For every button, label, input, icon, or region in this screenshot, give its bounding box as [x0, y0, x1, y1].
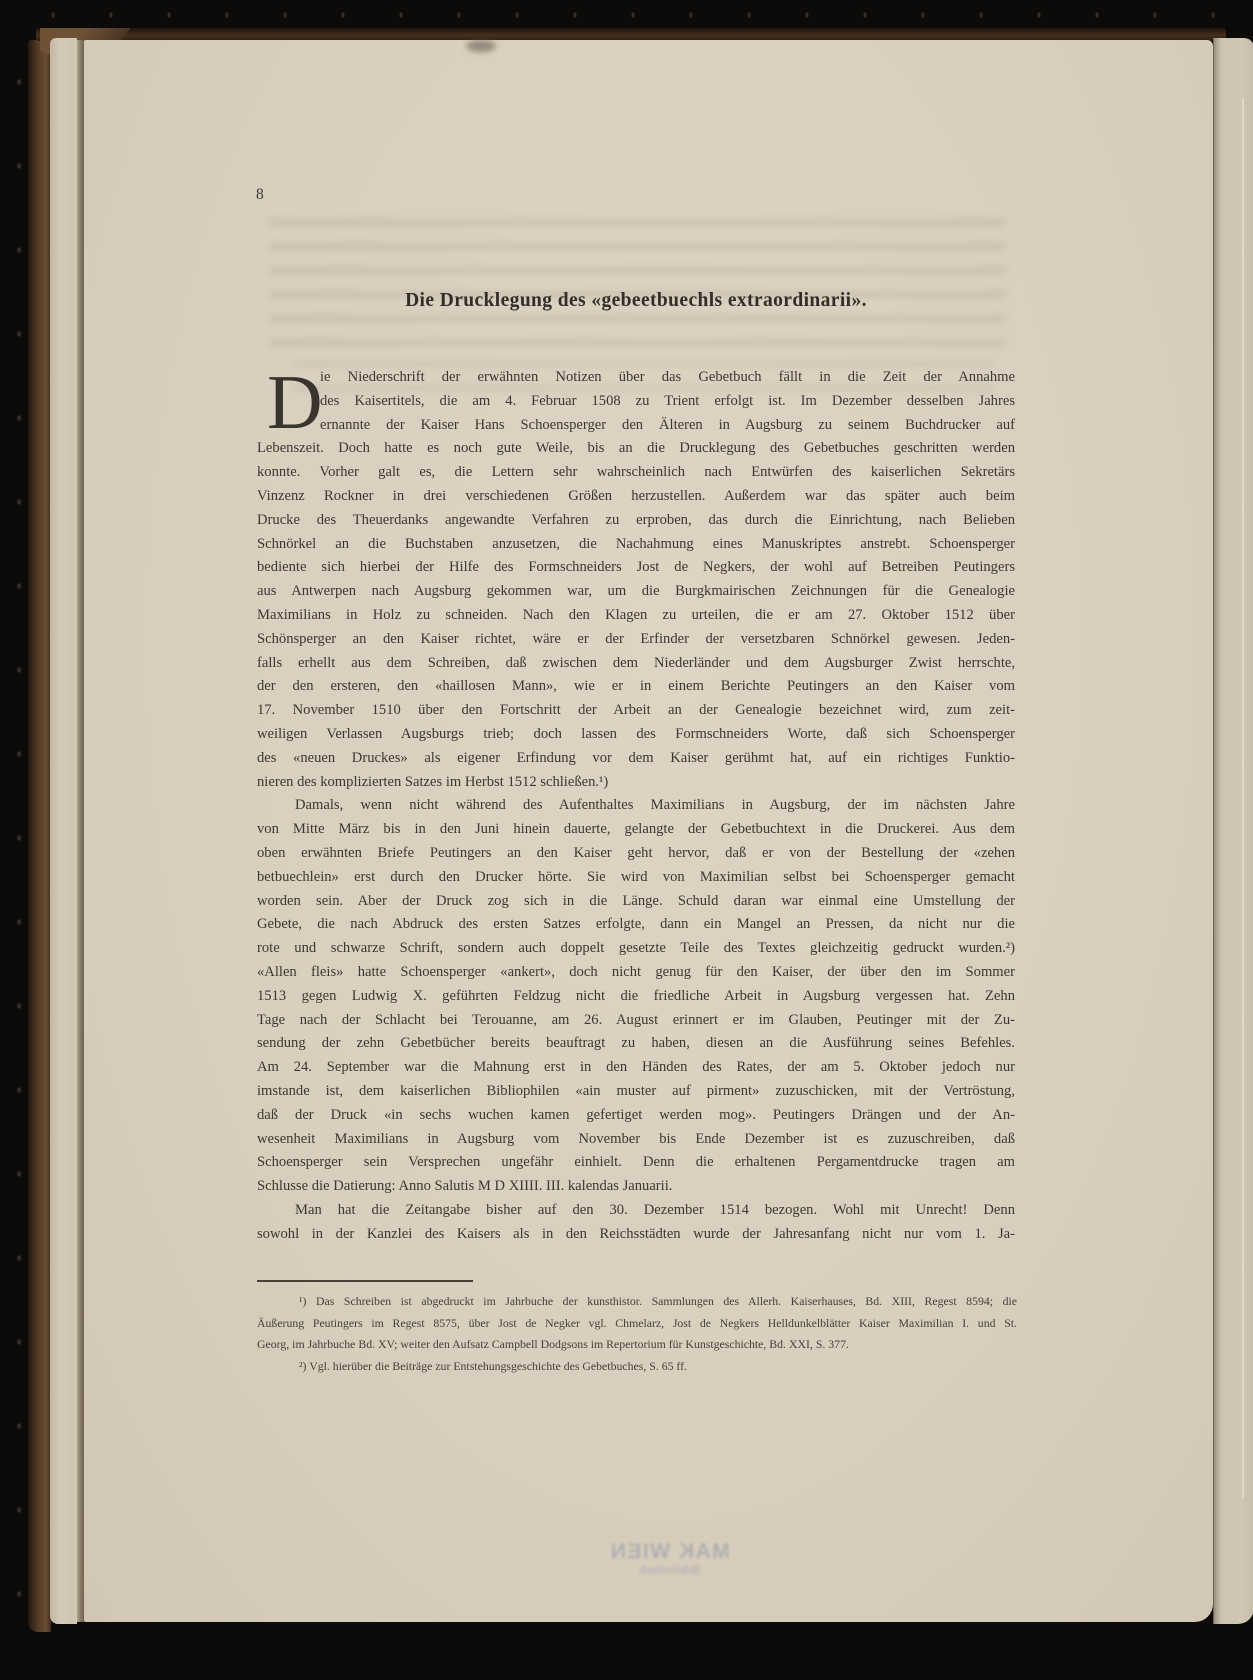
paragraph: Damals, wenn nicht während des Aufenthal…	[257, 794, 1015, 1199]
text-line: ernannte der Kaiser Hans Schoensperger d…	[257, 414, 1015, 438]
book-page: 8 Die Drucklegung des «gebeetbuechls ext…	[84, 40, 1213, 1622]
footnote: ²) Vgl. hierüber die Beiträge zur Entste…	[257, 1356, 1017, 1378]
text-line: daß der Druck «in sechs wuchen kamen gef…	[257, 1104, 1015, 1128]
perforation-dots-top	[0, 5, 1253, 25]
text-line: weiligen Verlassen Augsburgs trieb; doch…	[257, 723, 1015, 747]
chapter-heading: Die Drucklegung des «gebeetbuechls extra…	[257, 290, 1015, 312]
footnotes: ¹) Das Schreiben ist abgedruckt im Jahrb…	[257, 1291, 1017, 1377]
text-line: aus Antwerpen nach Augsburg gekommen war…	[257, 580, 1015, 604]
stamp-line-2: Bibliothek	[552, 1565, 787, 1577]
text-line: sowohl in der Kanzlei des Kaisers als in…	[257, 1223, 1015, 1247]
perforation-dots-left	[10, 40, 28, 1630]
text-line: wesenheit Maximilians in Augsburg vom No…	[257, 1128, 1015, 1152]
text-line: imstande ist, dem kaiserlichen Bibliophi…	[257, 1080, 1015, 1104]
text-line: Damals, wenn nicht während des Aufenthal…	[257, 794, 1015, 818]
text-line: Schoensperger sein Versprechen ungefähr …	[257, 1151, 1015, 1175]
text-line: Georg, im Jahrbuche Bd. XV; weiter den A…	[257, 1334, 1017, 1356]
text-line: der den ersteren, den «haillosen Mann», …	[257, 675, 1015, 699]
adjacent-page-edge	[1213, 38, 1253, 1624]
text-line: ¹) Das Schreiben ist abgedruckt im Jahrb…	[257, 1291, 1017, 1313]
text-line: ie Niederschrift der erwähnten Notizen ü…	[257, 366, 1015, 390]
showthrough-ghost	[270, 218, 1006, 350]
text-line: 17. November 1510 über den Fortschritt d…	[257, 699, 1015, 723]
text-line: Vinzenz Rockner in drei verschiedenen Gr…	[257, 485, 1015, 509]
text-line: oben erwähnten Briefe Peutingers an den …	[257, 842, 1015, 866]
text-line: «Allen fleis» hatte Schoensperger «anker…	[257, 961, 1015, 985]
text-line: Man hat die Zeitangabe bisher auf den 30…	[257, 1199, 1015, 1223]
book-cover-edge-left	[28, 40, 51, 1632]
gutter-groove	[77, 40, 84, 1622]
text-line: Gebete, die nach Abdruck des ersten Satz…	[257, 913, 1015, 937]
footnote-rule	[257, 1280, 473, 1282]
text-line: 1513 gegen Ludwig X. geführten Feldzug n…	[257, 985, 1015, 1009]
page-stack-edge	[50, 38, 77, 1624]
text-line: Maximilians in Holz zu schneiden. Nach d…	[257, 604, 1015, 628]
text-line: Drucke des Theuerdanks angewandte Verfah…	[257, 509, 1015, 533]
text-line: Schlusse die Datierung: Anno Salutis M D…	[257, 1175, 1015, 1199]
text-line: konnte. Vorher galt es, die Lettern sehr…	[257, 461, 1015, 485]
text-line: sendung der zehn Gebetbücher bereits bea…	[257, 1032, 1015, 1056]
text-line: ²) Vgl. hierüber die Beiträge zur Entste…	[257, 1356, 1017, 1378]
text-line: des «neuen Druckes» als eigener Erfindun…	[257, 747, 1015, 771]
text-line: Schönsperger an den Kaiser richtet, wäre…	[257, 628, 1015, 652]
text-line: nieren des komplizierten Satzes im Herbs…	[257, 771, 1015, 795]
page-number: 8	[256, 186, 264, 204]
text-line: Äußerung Peutingers im Regest 8575, über…	[257, 1313, 1017, 1335]
text-line: bediente sich hierbei der Hilfe des Form…	[257, 556, 1015, 580]
body-text: D ie Niederschrift der erwähnten Notizen…	[257, 366, 1015, 1246]
text-line: des Kaisertitels, die am 4. Februar 1508…	[257, 390, 1015, 414]
text-line: Lebenszeit. Doch hatte es noch gute Weil…	[257, 437, 1015, 461]
text-line: betbuechlein» erst durch den Drucker hör…	[257, 866, 1015, 890]
text-line: falls erhellt aus dem Schreiben, daß zwi…	[257, 652, 1015, 676]
text-line: Am 24. September war die Mahnung erst in…	[257, 1056, 1015, 1080]
text-line: rote und schwarze Schrift, sondern auch …	[257, 937, 1015, 961]
text-line: Tage nach der Schlacht bei Terouanne, am…	[257, 1009, 1015, 1033]
text-line: worden sein. Aber der Druck zog sich in …	[257, 890, 1015, 914]
ink-smudge	[466, 40, 496, 52]
text-line: von Mitte März bis in den Juni hinein da…	[257, 818, 1015, 842]
library-stamp-showthrough: MAK WIEN Bibliothek	[552, 1540, 787, 1577]
stamp-line-1: MAK WIEN	[552, 1540, 787, 1564]
paragraph: D ie Niederschrift der erwähnten Notizen…	[257, 366, 1015, 794]
footnote: ¹) Das Schreiben ist abgedruckt im Jahrb…	[257, 1291, 1017, 1356]
text-line: Schnörkel an die Buchstaben anzusetzen, …	[257, 533, 1015, 557]
paragraph: Man hat die Zeitangabe bisher auf den 30…	[257, 1199, 1015, 1247]
drop-cap: D	[267, 369, 323, 435]
